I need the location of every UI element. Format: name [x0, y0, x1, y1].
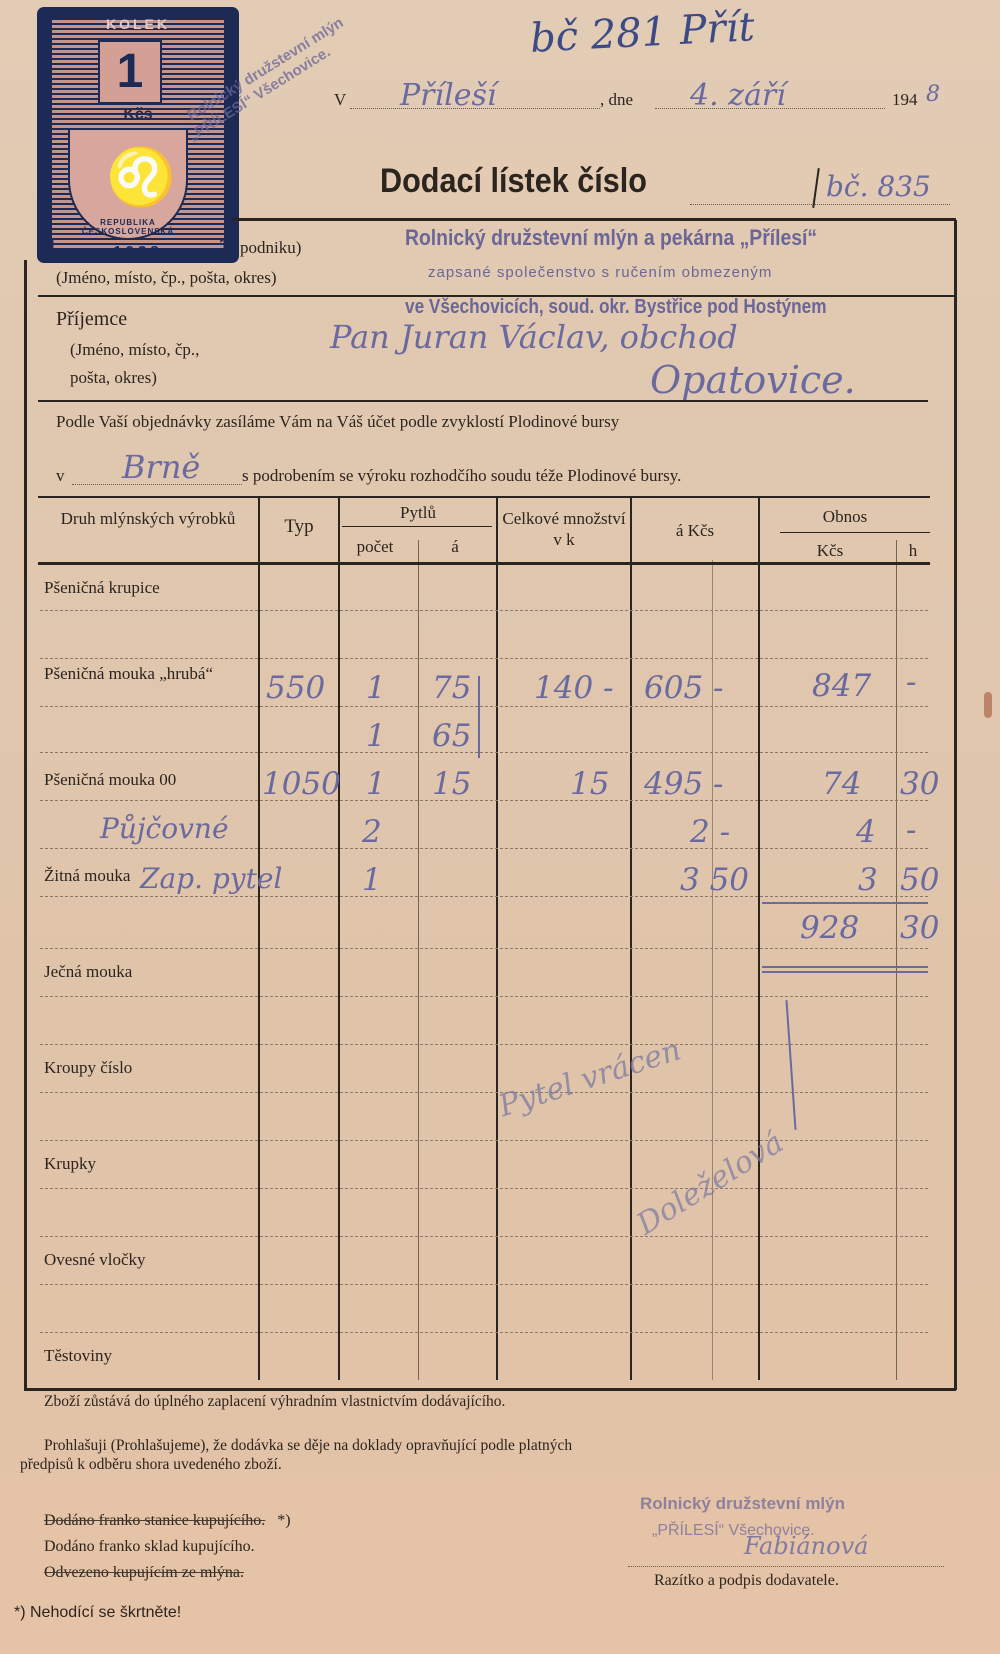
header-total-qty: Celkové množství v k [498, 508, 630, 550]
entry-amount-h: - [906, 664, 916, 700]
header-amount: Obnos [760, 506, 930, 527]
row-label: Krupky [44, 1154, 96, 1174]
entry-unit-price: 605 - [644, 670, 724, 706]
option-footnote-mark: *) [277, 1512, 290, 1529]
entry-amount-h: 30 [900, 766, 939, 802]
row-label: Ovesné vločky [44, 1250, 146, 1270]
place-value: Příleší [400, 78, 496, 113]
stamp-year: 1938 [40, 243, 236, 260]
terms-line1: Podle Vaší objednávky zasíláme Vám na Vá… [56, 412, 619, 432]
total-kcs: 928 [800, 910, 859, 946]
sender-stamp-line3: ve Všechovicích, soud. okr. Bystřice pod… [405, 296, 827, 319]
recipient-sublabel-line2: pošta, okres) [70, 368, 157, 388]
terms-line2-prefix: v [56, 466, 65, 486]
entry-unit-price: 3 50 [680, 862, 749, 898]
signature-label: Razítko a podpis dodavatele. [654, 1572, 839, 1590]
stamp-inscription: REPUBLIKA ČESKOSLOVENSKÁ [72, 218, 184, 236]
year-suffix: 8 [926, 82, 940, 107]
entry-bags-count: 2 [362, 814, 382, 850]
sender-label-line2: (Jméno, místo, čp., pošta, okres) [56, 268, 277, 288]
stamp-value: 1 [98, 40, 162, 104]
date-value: 4. září [690, 78, 786, 113]
entry-bags-count: 1 [362, 862, 382, 898]
header-bags: Pytlů [340, 502, 496, 523]
document-title: Dodací lístek číslo [380, 162, 647, 201]
row-label: Pšeničná mouka „hrubá“ [44, 664, 244, 684]
header-bags-count: počet [345, 536, 405, 557]
footnote: *) Nehodící se škrtněte! [14, 1604, 181, 1622]
stamp-corner-right: 1 [219, 235, 230, 258]
header-amount-h: h [898, 540, 928, 561]
date-label: , dne [600, 90, 633, 110]
entry-bags-each: 15 [432, 766, 471, 802]
option-station: Dodáno franko stanice kupujícího. *) [44, 1512, 291, 1530]
entry-amount-h: 50 [900, 862, 939, 898]
option-pickup: Odvezeno kupujícím ze mlýna. [44, 1564, 244, 1582]
total-h: 30 [900, 910, 939, 946]
recipient-sublabel-line1: (Jméno, místo, čp., [70, 340, 199, 360]
header-type: Typ [260, 516, 338, 537]
entry-bags-count: 1 [366, 670, 386, 706]
recipient-handwritten-line2: Opatovice. [650, 358, 856, 402]
entry-type: 1050 [262, 766, 341, 802]
entry-amount-kcs: 74 [822, 766, 861, 802]
header-product: Druh mlýnských výrobků [40, 508, 256, 529]
place-prefix: V [334, 90, 346, 110]
option-warehouse: Dodáno franko sklad kupujícího. [44, 1538, 255, 1556]
clause-ownership: Zboží zůstává do úplného zaplacení výhra… [20, 1392, 610, 1411]
signature-stamp-line1: Rolnický družstevní mlýn [640, 1494, 845, 1514]
note-bag-returned: Pytel vrácen [495, 1032, 686, 1124]
stamp-title: KOLEK [40, 16, 236, 32]
signature-handwritten: Fabiánová [744, 1532, 868, 1560]
entry-amount-h: - [906, 812, 916, 848]
row-label: Ječná mouka [44, 962, 132, 982]
header-unit-price: á Kčs [632, 520, 758, 541]
sender-stamp-line2: zapsané společenstvo s ručením obmezeným [428, 264, 772, 281]
header-bags-each: á [440, 536, 470, 557]
row-label: Žitná mouka [44, 866, 130, 886]
entry-bags-each: 75 [432, 670, 471, 706]
entry-product: Půjčovné [100, 812, 229, 845]
entry-total-qty: 140 - [534, 670, 614, 706]
entry-unit-price: 495 - [644, 766, 724, 802]
recipient-handwritten-line1: Pan Juran Václav, obchod [330, 318, 738, 356]
sender-stamp-line1: Rolnický družstevní mlýn a pekárna „Příl… [405, 225, 817, 251]
entry-amount-kcs: 4 [856, 814, 876, 850]
row-label: Pšeničná mouka 00 [44, 770, 176, 790]
row-label: Pšeničná krupice [44, 578, 160, 598]
entry-bags-each: 65 [432, 718, 471, 754]
handwritten-reference: bč 281 Přít [529, 4, 756, 62]
entry-bags-count: 1 [366, 766, 386, 802]
document-number: bč. 835 [826, 170, 931, 203]
note-signature: Doleželová [631, 1125, 790, 1242]
entry-amount-kcs: 3 [858, 862, 878, 898]
sender-label-line1: podniku) [240, 238, 301, 258]
option-station-text: Dodáno franko stanice kupujícího. [44, 1512, 265, 1529]
year-prefix: 194 [892, 90, 918, 110]
row-label: Kroupy číslo [44, 1058, 132, 1078]
terms-line2-rest: s podrobením se výroku rozhodčího soudu … [242, 466, 681, 486]
entry-bags-count: 1 [366, 718, 386, 754]
clause-declaration: Prohlašuji (Prohlašujeme), že dodávka se… [20, 1436, 610, 1474]
entry-unit-price: 2 - [690, 814, 730, 850]
row-label: Těstoviny [44, 1346, 112, 1366]
stain [984, 692, 992, 718]
header-amount-kcs: Kčs [790, 540, 870, 561]
terms-place: Brně [122, 448, 200, 486]
entry-type: 550 [266, 670, 325, 706]
recipient-label: Příjemce [56, 308, 127, 331]
entry-amount-kcs: 847 [812, 668, 871, 704]
entry-total-qty: 15 [570, 766, 609, 802]
entry-product: Zap. pytel [140, 862, 282, 895]
